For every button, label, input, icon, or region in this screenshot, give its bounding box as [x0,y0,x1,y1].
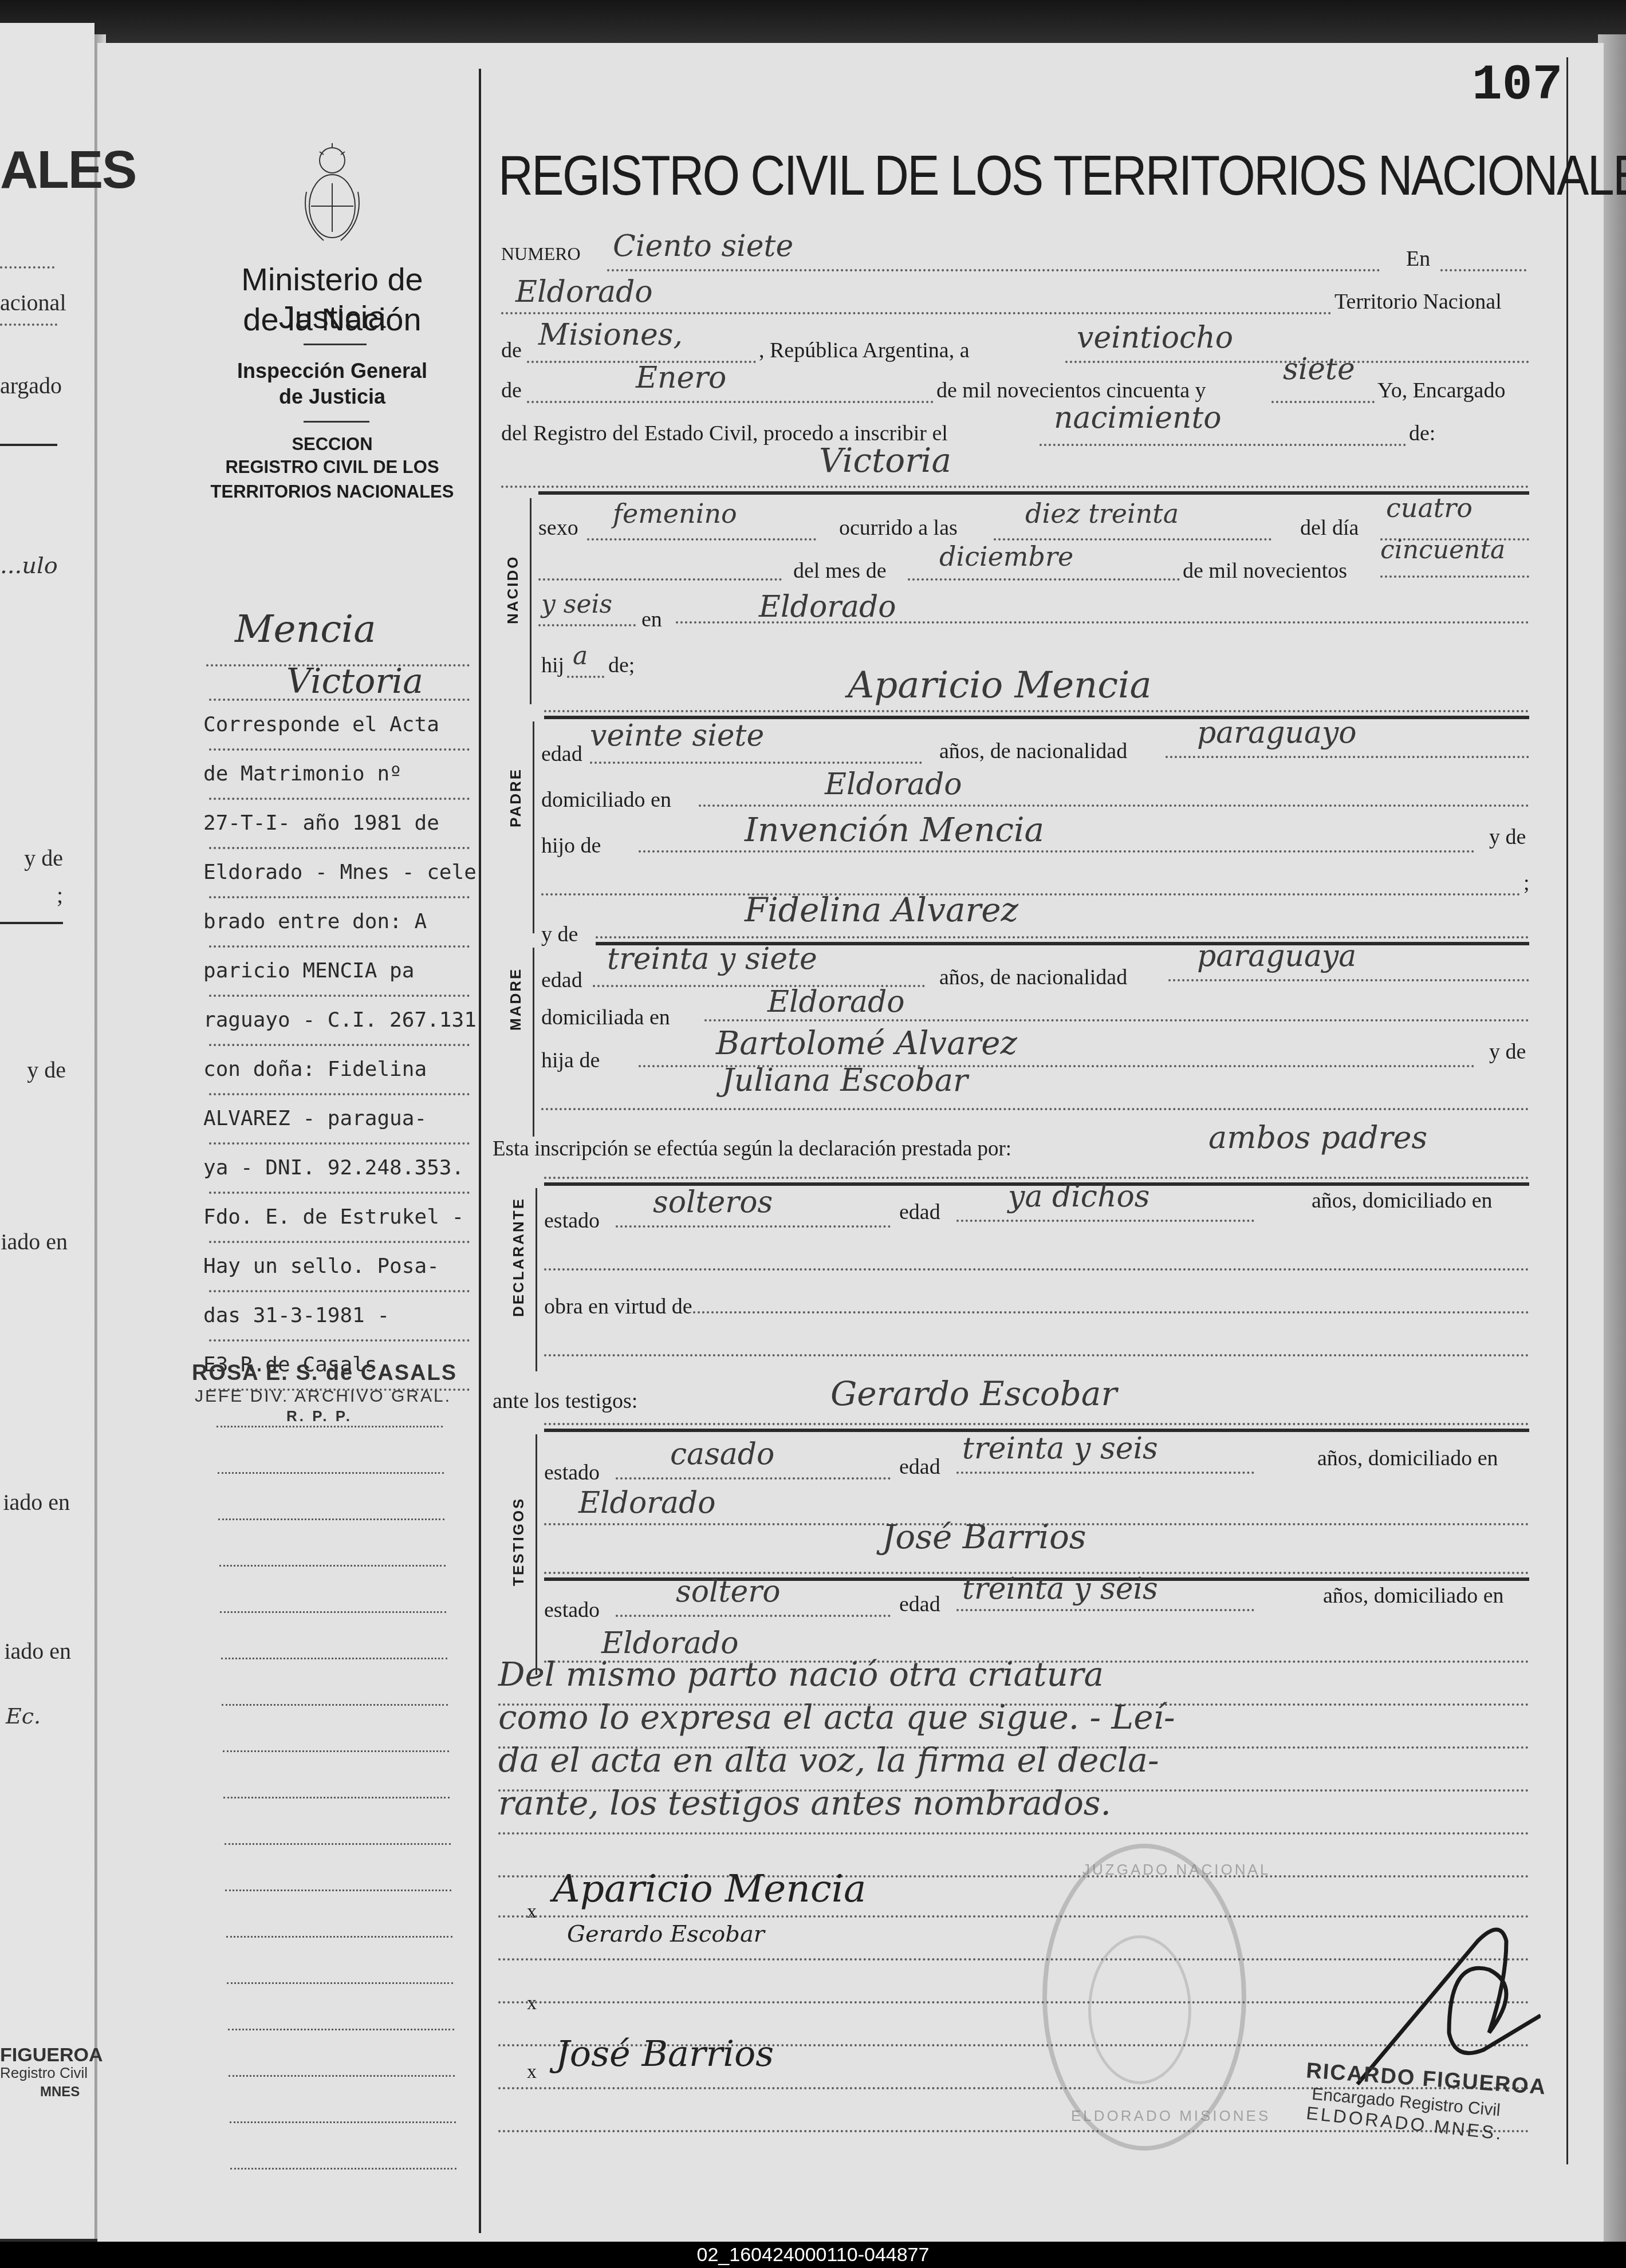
inspection-line2: de Justicia [189,384,475,410]
page-right-rule [1566,57,1568,2164]
dotted-line [544,1177,1529,1179]
margin-annotation-line: Hay un sello. Posa- [203,1255,439,1278]
dotted-line [567,676,604,678]
dotted-line [501,486,1529,488]
edad-label: edad [541,741,582,767]
left-page-text: argado [0,372,57,399]
padre-padre-field[interactable]: Invención Mencia [745,810,1044,849]
left-page-text: y de [11,1056,66,1083]
dotted-line [956,1472,1254,1474]
signature-mark: x [527,1993,537,2014]
margin-dotted-line [228,2029,454,2030]
left-page-stamp: FIGUEROA [0,2044,103,2066]
madre-nacionalidad-field[interactable]: paraguaya [1197,939,1356,973]
hora-field[interactable]: diez treinta [1025,498,1179,529]
testigo2-name-field[interactable]: José Barrios [882,1517,1086,1556]
note-line: da el acta en alta voz, la firma el decl… [498,1741,1159,1780]
margin-annotation-line: brado entre don: A [203,910,427,933]
left-page-stamp: Registro Civil [0,2064,88,2082]
hij-field[interactable]: a [573,641,588,670]
place-field[interactable]: Eldorado [515,275,653,309]
dotted-line [1271,401,1375,403]
left-page-header-fragment: ALES [0,140,57,200]
estado-label: estado [544,1208,600,1233]
dotted-line [501,312,1332,314]
signature-aparicio-mencia: Aparicio Mencia [553,1867,866,1911]
estado-label: estado [544,1460,600,1485]
margin-dotted-line [222,1704,448,1706]
archive-stamp-title: JEFE DIV. ARCHIVO GRAL. [195,1387,451,1406]
margin-annotation-line: ALVAREZ - paragua- [203,1107,427,1130]
dotted-line [607,269,1380,271]
testigo1-edad-field[interactable]: treinta y seis [962,1431,1158,1466]
seal-text: JUZGADO NACIONAL [1082,1861,1270,1879]
coat-of-arms-icon [301,140,364,249]
dotted-line [908,578,1180,581]
testigo2-estado-field[interactable]: soltero [676,1575,780,1609]
domiciliado-label: años, domiciliado en [1312,1188,1493,1213]
testigos-label: ante los testigos: [493,1389,637,1414]
signature-mark: x [527,2061,537,2083]
margin-annotation-line: Corresponde el Acta [203,713,439,736]
dotted-line [538,624,636,626]
archive-stamp-org: R. P. P. [286,1407,352,1425]
declaracion-field[interactable]: ambos padres [1208,1119,1427,1155]
margin-annotation-line: das 31-3-1981 - [203,1304,389,1327]
margin-dotted-line [209,945,470,948]
edad-label: edad [899,1454,940,1480]
margin-dotted-line [219,1565,446,1567]
sexo-label: sexo [538,515,578,541]
declaracion-label: Esta inscripción se efectúa según la dec… [493,1137,1011,1161]
dotted-line [541,893,1521,896]
nacionalidad-label: años, de nacionalidad [939,965,1127,990]
padre-domicilio-field[interactable]: Eldorado [825,767,962,802]
numero-field[interactable]: Ciento siete [613,229,793,263]
note-line: Del mismo parto nació otra criatura [498,1655,1104,1694]
de-label: de: [1409,421,1435,446]
y-de-label: y de [1489,825,1526,850]
dotted-line [590,762,922,764]
left-page-dotted-line [0,324,57,326]
territorio-label: Territorio Nacional [1334,289,1502,314]
margin-dotted-line [209,896,470,898]
hijo-de-label: hijo de [541,833,601,858]
dotted-line [956,1609,1254,1611]
margin-annotation-line: ya - DNI. 92.248.353. [203,1156,464,1180]
left-page-text: iado en [0,1228,68,1255]
section-label-declarante: DECLARANTE [510,1197,527,1317]
edad-label: edad [899,1592,940,1617]
margin-dotted-line [218,1472,444,1474]
section-label-testigos: TESTIGOS [510,1497,527,1586]
margin-dotted-line [223,1797,450,1798]
margin-annotation-line: de Matrimonio nº [203,762,402,786]
left-page-text: iado en [0,1489,70,1516]
margin-dotted-line [209,1044,470,1046]
left-page-handwriting: Ec. [6,1703,41,1729]
dotted-line [956,1220,1254,1222]
dotted-line [544,1268,1529,1271]
margin-annotation-line: paricio MENCIA pa [203,959,414,983]
margin-dotted-line [209,798,470,800]
padre-madre-field[interactable]: Fidelina Alvarez [745,890,1018,929]
padre-nacionalidad-field[interactable]: paraguayo [1197,716,1357,750]
section-name-line1: REGISTRO CIVIL DE LOS [189,455,475,479]
left-page-dotted-line [0,266,54,269]
y-de-label: y de [541,922,578,947]
dia-field[interactable]: cuatro [1386,492,1473,523]
year-label: de mil novecientos cincuenta y [936,378,1206,403]
margin-dotted-line [209,1339,470,1342]
dotted-line [1166,756,1529,758]
margin-dotted-line [209,1192,470,1194]
section-bracket [536,1188,537,1371]
madre-edad-field[interactable]: treinta y siete [607,942,817,976]
dotted-line [527,401,934,403]
margin-dotted-line [218,1518,444,1520]
margin-dotted-line [225,1890,451,1891]
anio-field[interactable]: cincuenta [1380,535,1505,565]
section-bracket [533,948,534,1137]
nacionalidad-label: años, de nacionalidad [939,739,1127,764]
margin-annotation-line: Eldorado - Mnes - cele [203,861,477,884]
note-line: rante, los testigos antes nombrados. [498,1784,1111,1823]
margin-dotted-line [216,1426,443,1427]
dotted-line [1168,979,1529,981]
en-label: en [641,607,662,632]
page-number: 107 [1472,57,1562,114]
margin-given-name: Victoria [286,661,423,701]
image-caption: 02_160424000110-044877 [0,2242,1626,2268]
domiciliado-label: domiciliado en [541,787,671,812]
margin-annotation-line: 27-T-I- año 1981 de [203,811,439,835]
dotted-line [498,1832,1529,1835]
margin-dotted-line [227,1982,453,1984]
dotted-line [587,538,816,541]
father-name-field[interactable]: Aparicio Mencia [848,664,1152,707]
dia-label: del día [1300,515,1359,541]
dotted-line [1380,575,1529,578]
margin-dotted-line [221,1658,447,1659]
margin-annotation-line: con doña: Fidelina [203,1058,427,1081]
dotted-line [596,936,1529,938]
dotted-line [676,621,1529,624]
padre-edad-field[interactable]: veinte siete [590,719,764,753]
margin-dotted-line [230,2168,456,2170]
encargado-label: Yo, Encargado [1377,378,1505,403]
de-label: de [501,338,522,363]
en-label: En [1406,246,1430,271]
section-label-nacido: NACIDO [504,555,522,624]
dotted-line [704,1019,1529,1021]
margin-dotted-line [226,1936,452,1938]
inspection-line1: Inspección General [189,358,475,384]
note-line: como lo expresa el acta que sigue. - Leí… [498,1698,1175,1737]
margin-surname: Mencia [235,607,376,651]
act-type-field[interactable]: nacimiento [1054,401,1222,435]
testigo1-domicilio-field[interactable]: Eldorado [578,1486,716,1520]
mes-label: del mes de [793,558,887,583]
dotted-line [538,578,782,581]
de-label: de [501,378,522,403]
estado-label: estado [544,1598,600,1623]
lugar-field[interactable]: Eldorado [759,590,896,624]
obra-label: obra en virtud de [544,1294,692,1319]
testigo1-estado-field[interactable]: casado [670,1437,774,1472]
dotted-line [693,1311,1529,1314]
signature-jose-barrios: José Barrios [556,2033,774,2074]
madre-padre-field[interactable]: Bartolomé Alvarez [716,1025,1017,1062]
year-field[interactable]: siete [1283,352,1355,386]
dotted-line [544,1354,1529,1356]
signature-mark: x [527,1901,537,1923]
domiciliada-label: domiciliada en [541,1005,670,1030]
dotted-line [699,804,1529,807]
sexo-field[interactable]: femenino [613,498,737,529]
archive-stamp-name: ROSA E. S. de CASALS [192,1361,457,1386]
section-label-madre: MADRE [507,968,525,1031]
dotted-line [498,1915,1529,1918]
left-page-stamp: MNES [40,2084,80,2100]
margin-dotted-line [209,995,470,997]
territory-field[interactable]: Misiones, [538,318,683,352]
left-page-text: acional [0,289,57,316]
registrant-name-field[interactable]: Victoria [819,441,951,480]
form-title: REGISTRO CIVIL DE LOS TERRITORIOS NACION… [498,143,1385,208]
hora-label: ocurrido a las [839,515,958,541]
dotted-line [616,1225,891,1228]
domiciliado-label: años, domiciliado en [1317,1446,1498,1471]
edad-label: edad [899,1200,940,1225]
edad-label: edad [541,968,582,993]
signature-gerardo-escobar: Gerardo Escobar [567,1921,765,1947]
domiciliado-label: años, domiciliado en [1323,1583,1504,1608]
margin-dotted-line [223,1750,449,1752]
margin-dotted-line [229,2075,455,2077]
anio-label: de mil novecientos [1183,558,1347,583]
official-seal-emblem [1088,1935,1191,2084]
section-rule [538,491,1529,495]
divider [304,344,367,345]
margin-divider [479,69,481,2233]
madre-madre-field[interactable]: Juliana Escobar [722,1062,968,1098]
margin-dotted-line [225,1843,451,1845]
dotted-line [544,1423,1529,1425]
ministry-name-line2: de la Nación [189,301,475,338]
margin-dotted-line [209,847,470,849]
month-field[interactable]: Enero [636,361,726,395]
seal-text: ELDORADO MISIONES [1071,2107,1270,2125]
section-bracket [530,498,531,704]
left-page-text: y de [11,845,63,871]
margin-dotted-line [209,1290,470,1292]
dotted-line [544,710,1529,712]
left-page-handwriting: ...ulo [0,553,58,579]
testigo1-name-field[interactable]: Gerardo Escobar [830,1374,1117,1413]
margin-dotted-line [209,1142,470,1145]
margin-dotted-line [209,748,470,751]
section-name-line2: TERRITORIOS NACIONALES [189,480,475,504]
section-label: SECCION [189,432,475,456]
section-bracket [536,1434,537,1675]
margin-dotted-line [209,699,470,701]
dotted-line [639,850,1475,853]
divider [304,421,369,423]
dotted-line [616,1477,891,1480]
republica-label: , República Argentina, a [759,338,970,363]
hij-label: hij [541,653,564,678]
anio-field-continued[interactable]: y seis [541,590,612,619]
margin-annotation-line: raguayo - C.I. 267.131 [203,1008,477,1032]
dotted-line [994,538,1271,541]
section-bracket [533,721,534,933]
declarante-estado-field[interactable]: solteros [653,1185,773,1220]
left-page [0,23,96,2239]
declarante-edad-field[interactable]: ya dichos [1008,1180,1149,1214]
margin-dotted-line [220,1611,446,1613]
left-page-text: iado en [0,1638,71,1664]
semicolon: ; [1523,870,1530,896]
section-label-padre: PADRE [507,768,525,827]
dotted-line [1040,444,1406,446]
dotted-line [1440,269,1526,271]
hija-de-label: hija de [541,1048,600,1073]
numero-label: NUMERO [501,243,581,265]
left-page-text: ; [34,882,63,909]
margin-dotted-line [209,1241,470,1243]
madre-domicilio-field[interactable]: Eldorado [767,985,905,1019]
day-field[interactable]: veintiocho [1077,321,1233,355]
dotted-line [541,1108,1529,1110]
left-page-rule [0,922,63,924]
margin-dotted-line [230,2121,456,2123]
margin-dotted-line [209,1093,470,1095]
mes-field[interactable]: diciembre [939,541,1073,572]
de-label: de; [608,653,635,678]
y-de-label: y de [1489,1039,1526,1064]
testigo2-edad-field[interactable]: treinta y seis [962,1572,1158,1606]
left-page-rule [0,444,57,446]
margin-annotation-line: Fdo. E. de Estrukel - [203,1205,464,1229]
dotted-line [616,1615,891,1617]
